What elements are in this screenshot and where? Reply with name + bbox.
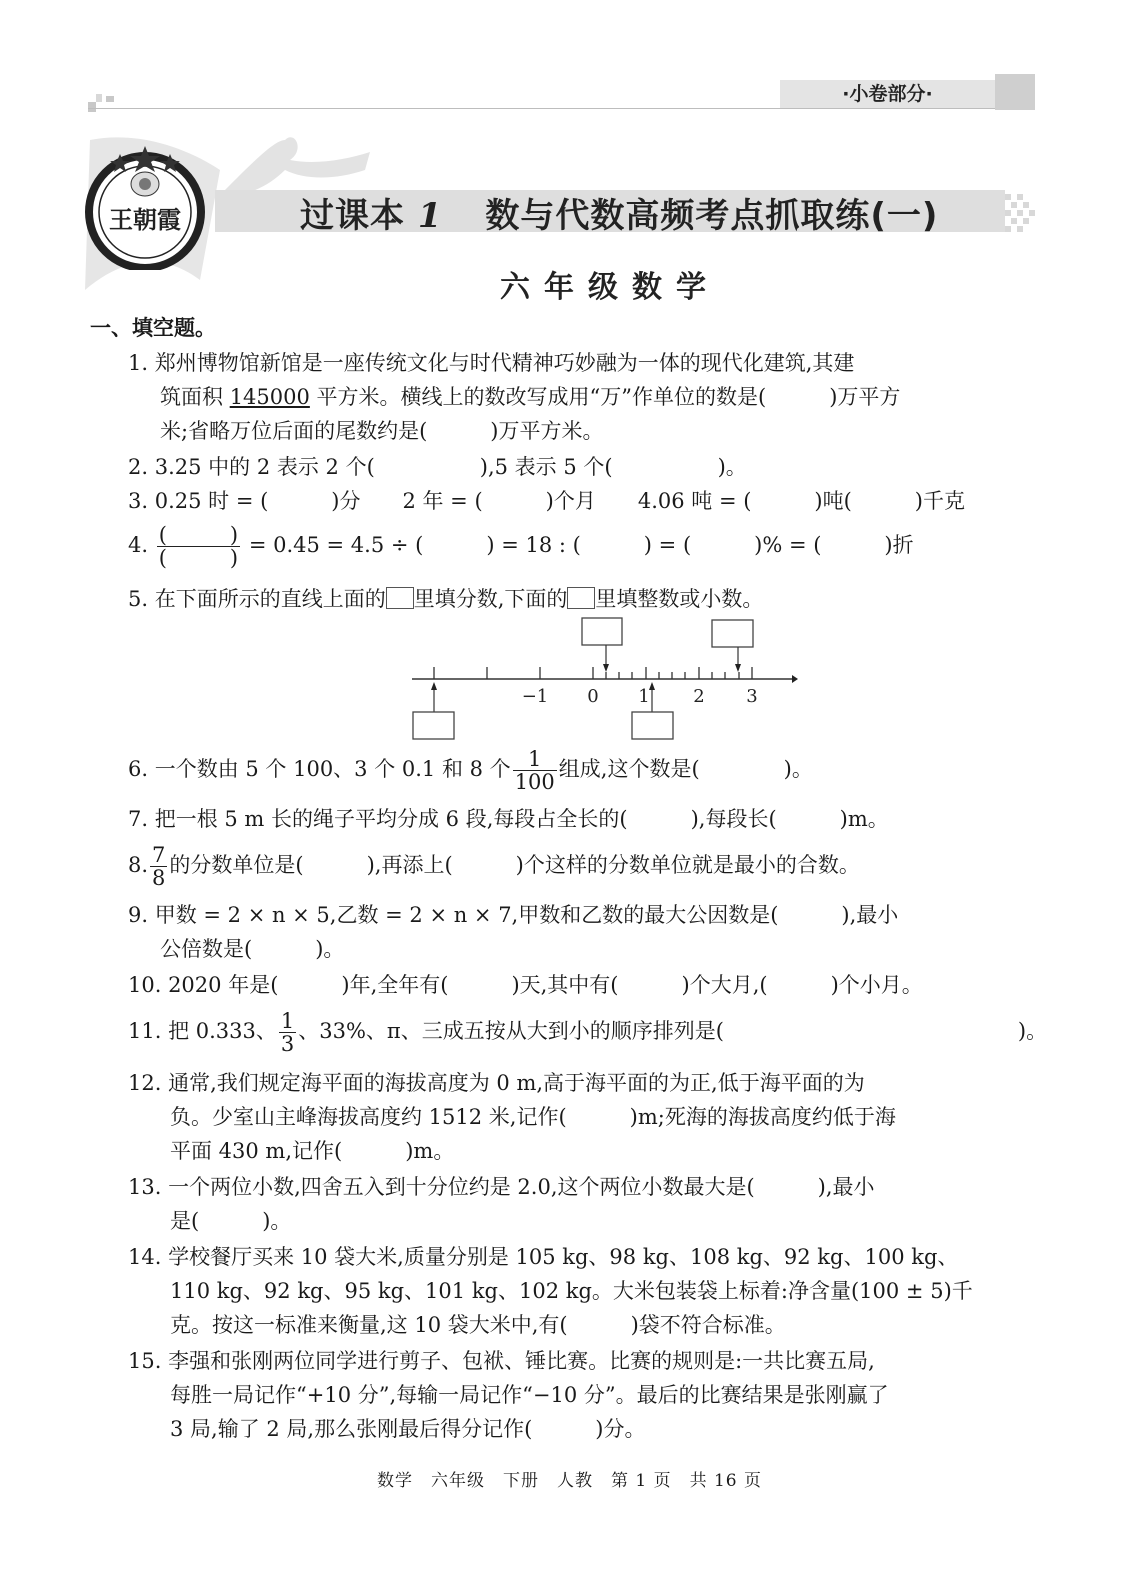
page-title: 过课本 1 数与代数高频考点抓取练(一) [300,188,938,237]
question-12-line-3: 平面 430 m,记作( )m。 [170,1134,454,1168]
question-1-line-3: 米;省略万位后面的尾数约是( )万平方米。 [160,414,603,448]
q8-text: 的分数单位是( ),再添上( )个这样的分数单位就是最小的合数。 [169,853,859,877]
question-2: 2. 3.25 中的 2 表示 2 个( ),5 表示 5 个( )。 [128,450,747,484]
inline-box-icon [386,587,414,609]
question-15-line-1: 15. 李强和张刚两位同学进行剪子、包袱、锤比赛。比赛的规则是:一共比赛五局, [128,1344,875,1378]
question-14-line-2: 110 kg、92 kg、95 kg、101 kg、102 kg。大米包装袋上标… [170,1274,973,1308]
q8-fraction-denominator: 8 [150,867,167,889]
question-5: 5. 在下面所示的直线上面的里填分数,下面的里填整数或小数。 [128,582,763,616]
q1-text-a: 筑面积 [160,385,230,409]
title-prefix: 过课本 [300,196,405,236]
svg-text:2: 2 [693,686,704,707]
q11-fraction-numerator: 1 [279,1010,296,1033]
q5-text-b: 里填分数,下面的 [414,587,568,611]
page-footer: 数学 六年级 下册 人教 第 1 页 共 16 页 [0,1466,1139,1491]
section-tag: ·小卷部分· [780,80,995,109]
question-10: 10. 2020 年是( )年,全年有( )天,其中有( )个大月,( )个小月… [128,968,923,1002]
question-12-line-2: 负。少室山主峰海拔高度约 1512 米,记作( )m;死海的海拔高度约低于海 [170,1100,896,1134]
q6-fraction: 1100 [513,748,557,793]
question-7: 7. 把一根 5 m 长的绳子平均分成 6 段,每段占全长的( ),每段长( )… [128,802,889,836]
question-9-line-1: 9. 甲数 = 2 × n × 5,乙数 = 2 × n × 7,甲数和乙数的最… [128,898,898,932]
title-subject: 数与代数高频考点抓取练(一) [485,196,938,236]
q4-fraction-numerator: ( ) [157,524,240,547]
question-3: 3. 0.25 时 = ( )分 2 年 = ( )个月 4.06 吨 = ( … [128,484,965,518]
question-14-line-1: 14. 学校餐厅买来 10 袋大米,质量分别是 105 kg、98 kg、108… [128,1240,958,1274]
q11-fraction: 13 [279,1010,296,1055]
q4-number: 4. [128,533,148,557]
question-14-line-3: 克。按这一标准来衡量,这 10 袋大米中,有( )袋不符合标准。 [170,1308,786,1342]
section-heading: 一、填空题。 [90,312,216,342]
section-tag-end-block [995,74,1035,110]
q11-text-a: 11. 把 0.333、 [128,1019,277,1043]
q4-text: = 0.45 = 4.5 ÷ ( ) = 18 : ( ) = ( )% = (… [249,533,914,557]
question-1-line-2: 筑面积 145000 平方米。横线上的数改写成用“万”作单位的数是( )万平方 [160,380,900,414]
question-8: 8.78的分数单位是( ),再添上( )个这样的分数单位就是最小的合数。 [128,844,860,889]
q8-number: 8. [128,853,148,877]
question-11: 11. 把 0.333、13、33%、π、三成五按从大到小的顺序排列是( )。 [128,1010,1047,1055]
svg-text:−1: −1 [522,686,549,707]
question-1-line-1: 1. 郑州博物馆新馆是一座传统文化与时代精神巧妙融为一体的现代化建筑,其建 [128,346,854,380]
question-15-line-3: 3 局,输了 2 局,那么张刚最后得分记作( )分。 [170,1412,645,1446]
question-12-line-1: 12. 通常,我们规定海平面的海拔高度为 0 m,高于海平面的为正,低于海平面的… [128,1066,865,1100]
checker-decoration [1005,190,1041,232]
svg-text:0: 0 [587,686,598,707]
question-15-line-2: 每胜一局记作“+10 分”,每输一局记作“−10 分”。最后的比赛结果是张刚赢了 [170,1378,889,1412]
svg-text:1: 1 [638,686,649,707]
title-number: 1 [418,196,443,236]
q1-text-b: 平方米。横线上的数改写成用“万”作单位的数是( )万平方 [310,385,901,409]
q5-text-a: 5. 在下面所示的直线上面的 [128,587,386,611]
corner-decoration [88,92,128,112]
number-line-diagram: −1 0 1 2 3 [400,612,800,740]
q8-fraction-numerator: 7 [150,844,167,867]
q6-fraction-numerator: 1 [513,748,557,771]
q11-fraction-denominator: 3 [279,1033,296,1055]
q4-fraction: ( ) ( ) [157,524,240,569]
q6-text-a: 6. 一个数由 5 个 100、3 个 0.1 和 8 个 [128,757,511,781]
question-4: 4. ( ) ( ) = 0.45 = 4.5 ÷ ( ) = 18 : ( )… [128,524,914,569]
q6-fraction-denominator: 100 [513,771,557,793]
q5-text-c: 里填整数或小数。 [595,587,763,611]
question-13-line-2: 是( )。 [170,1204,291,1238]
svg-text:王朝霞: 王朝霞 [109,205,181,234]
inline-box-icon [567,587,595,609]
header-rule [88,108,783,109]
q11-text-b: 、33%、π、三成五按从大到小的顺序排列是( )。 [298,1019,1047,1043]
q8-fraction: 78 [150,844,167,889]
page-subtitle: 六年级数学 [500,262,720,306]
svg-text:3: 3 [746,686,757,707]
q1-underlined-number: 145000 [230,385,310,409]
q6-text-b: 组成,这个数是( )。 [559,757,813,781]
question-13-line-1: 13. 一个两位小数,四舍五入到十分位约是 2.0,这个两位小数最大是( ),最… [128,1170,875,1204]
logo-seal-icon: 王朝霞 [80,140,210,270]
q4-fraction-denominator: ( ) [157,547,240,569]
question-6: 6. 一个数由 5 个 100、3 个 0.1 和 8 个1100组成,这个数是… [128,748,813,793]
question-9-line-2: 公倍数是( )。 [160,932,344,966]
